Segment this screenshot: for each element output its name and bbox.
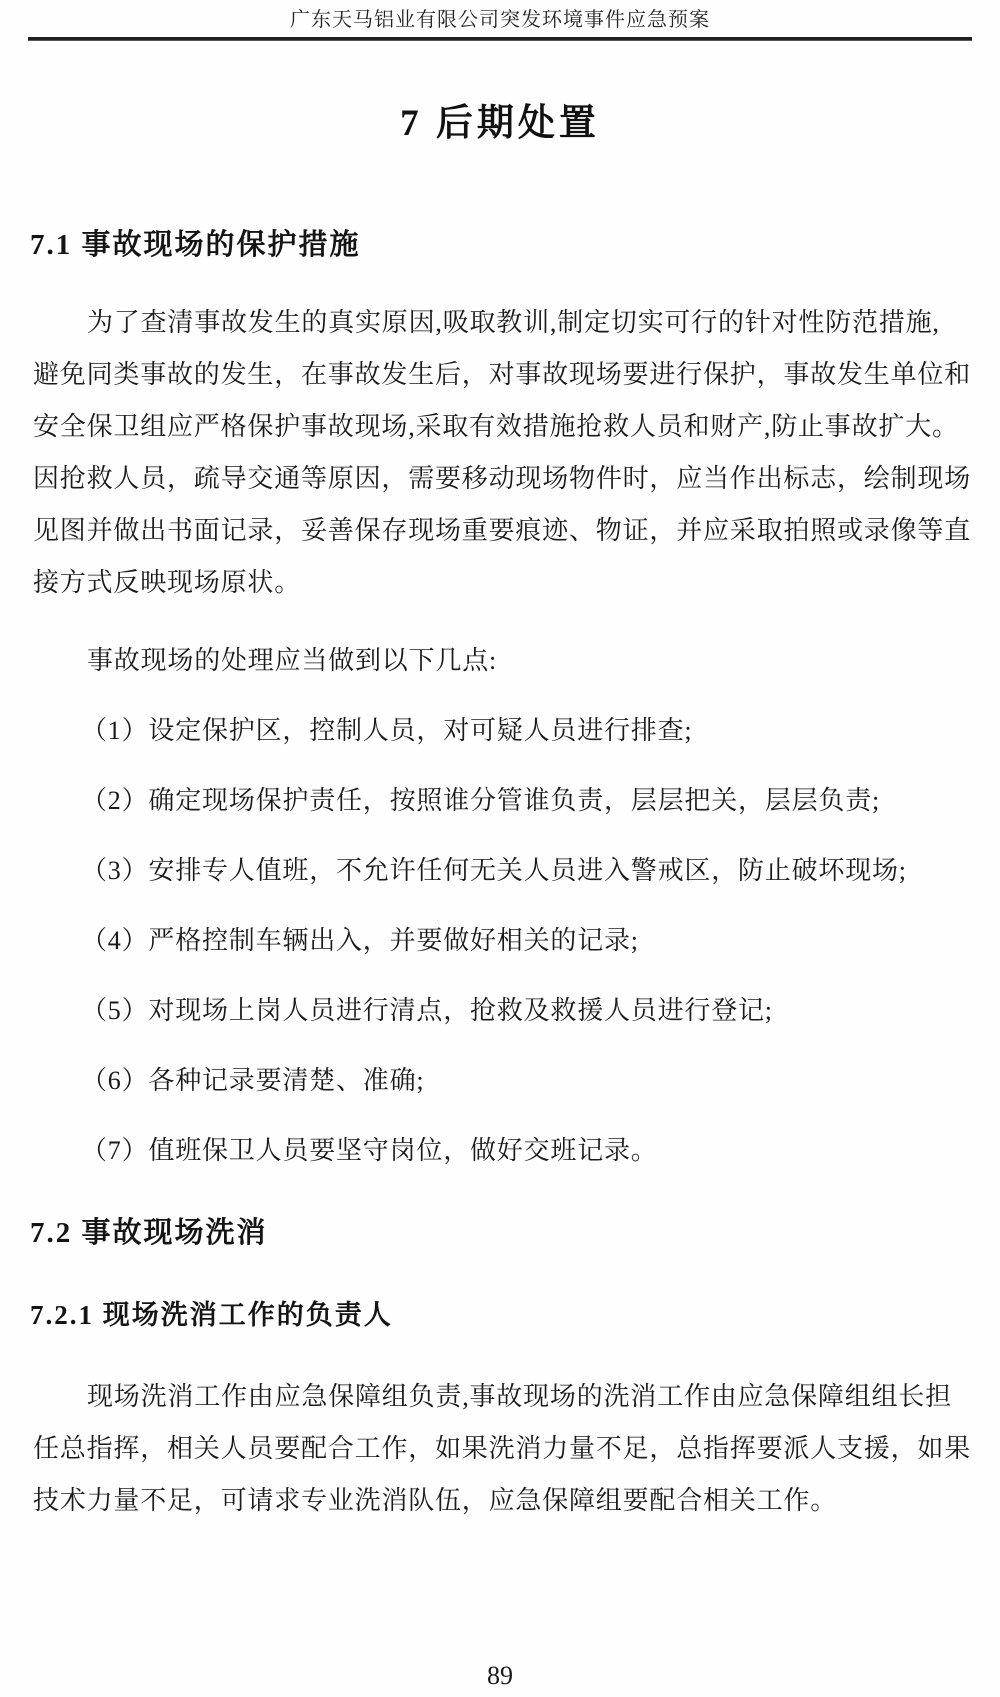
paragraph-line: 因抢救人员，疏导交通等原因，需要移动现场物件时，应当作出标志，绘制现场	[33, 453, 972, 505]
paragraph-line: 接方式反映现场原状。	[33, 557, 972, 609]
section-7-1-heading: 7.1 事故现场的保护措施	[30, 225, 970, 265]
paragraph-line: 见图并做出书面记录，妥善保存现场重要痕迹、物证，并应采取拍照或录像等直	[33, 505, 972, 557]
list-item-6: （6）各种记录要清楚、准确;	[33, 1055, 972, 1107]
page-number: 89	[0, 1661, 1000, 1691]
list-item-4: （4）严格控制车辆出入，并要做好相关的记录;	[33, 915, 972, 967]
paragraph-line: 为了查清事故发生的真实原因,吸取教训,制定切实可行的针对性防范措施,	[33, 297, 972, 349]
list-item-2: （2）确定现场保护责任，按照谁分管谁负责，层层把关，层层负责;	[33, 775, 972, 827]
list-item-1: （1）设定保护区，控制人员，对可疑人员进行排查;	[33, 705, 972, 757]
paragraph-line: 任总指挥，相关人员要配合工作，如果洗消力量不足，总指挥要派人支援，如果	[33, 1423, 972, 1475]
chapter-heading: 7 后期处置	[0, 101, 1000, 147]
list-lead-sentence: 事故现场的处理应当做到以下几点:	[33, 635, 972, 687]
page-header-title: 广东天马铝业有限公司突发环境事件应急预案	[0, 0, 1000, 32]
header-divider-line	[28, 37, 972, 41]
list-item-3: （3）安排专人值班，不允许任何无关人员进入警戒区，防止破坏现场;	[33, 845, 972, 897]
paragraph-line: 现场洗消工作由应急保障组负责,事故现场的洗消工作由应急保障组组长担	[33, 1371, 972, 1423]
section-7-2-heading: 7.2 事故现场洗消	[30, 1213, 970, 1253]
paragraph-line: 安全保卫组应严格保护事故现场,采取有效措施抢救人员和财产,防止事故扩大。	[33, 401, 972, 453]
section-7-1-paragraph: 为了查清事故发生的真实原因,吸取教训,制定切实可行的针对性防范措施, 避免同类事…	[33, 297, 972, 609]
section-7-2-1-paragraph: 现场洗消工作由应急保障组负责,事故现场的洗消工作由应急保障组组长担 任总指挥，相…	[33, 1371, 972, 1527]
section-7-2-1-heading: 7.2.1 现场洗消工作的负责人	[30, 1297, 970, 1333]
paragraph-line: 技术力量不足，可请求专业洗消队伍，应急保障组要配合相关工作。	[33, 1475, 972, 1527]
paragraph-line: 避免同类事故的发生，在事故发生后，对事故现场要进行保护，事故发生单位和	[33, 349, 972, 401]
list-item-7: （7）值班保卫人员要坚守岗位，做好交班记录。	[33, 1125, 972, 1177]
document-page: 广东天马铝业有限公司突发环境事件应急预案 7 后期处置 7.1 事故现场的保护措…	[0, 0, 1000, 1697]
numbered-list: （1）设定保护区，控制人员，对可疑人员进行排查; （2）确定现场保护责任，按照谁…	[33, 705, 972, 1177]
list-item-5: （5）对现场上岗人员进行清点，抢救及救援人员进行登记;	[33, 985, 972, 1037]
